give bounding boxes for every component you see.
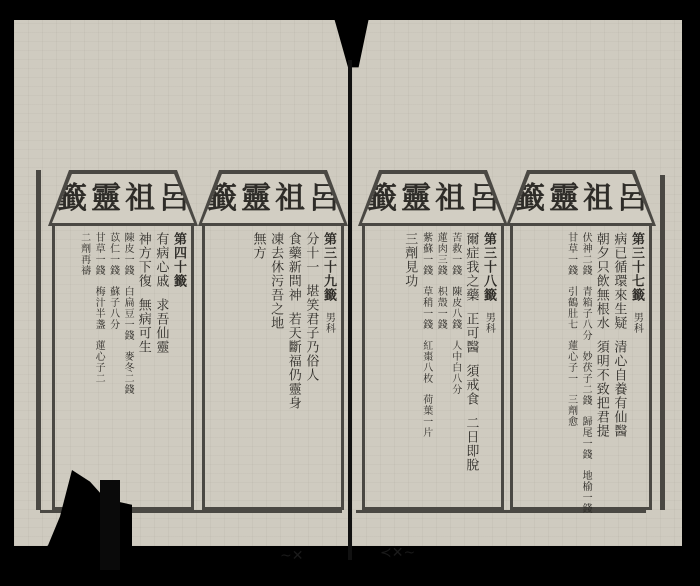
verse-line: 求吾仙靈 [154, 298, 168, 354]
verse-line: 分十一 [304, 232, 318, 274]
prescription-item: 蓮心子一 [565, 340, 576, 384]
category-label: 男科 [323, 312, 334, 334]
title-char: 靈 [241, 184, 271, 214]
prescription-item: 苦救一錢 [449, 232, 460, 276]
slip-number: 第四十籤 [171, 232, 185, 288]
slip-number: 第三十九籤 [321, 232, 335, 302]
verse-line: 若天斷福仍靈身 [286, 312, 300, 410]
verse-line: 凍去休污吾之地 [268, 232, 282, 330]
title-char: 祖 [125, 184, 155, 214]
slip-title: 呂 祖 靈 籤 [52, 174, 194, 223]
prescription-note: 三劑見功 [403, 232, 417, 288]
prescription-item: 紫蘇一錢 [420, 232, 431, 276]
left-margin-rule [36, 170, 41, 510]
prescription-item: 草稍一錢 [420, 286, 431, 330]
slip-body: 第三十七籤男科 病已循環來生疑清心自養有仙醫 朝夕只飲無根水須明不致把君提 伏神… [510, 226, 652, 510]
slip-title: 呂 祖 靈 籤 [510, 174, 652, 223]
slip-body: 第四十籤 有病心戚求吾仙靈 神方下復無病可生 陳皮一錢白扁豆一錢麥冬二錢 苡仁一… [52, 226, 194, 510]
prescription-item: 陳皮八錢 [449, 286, 460, 330]
verse-line: 二日即脫 [464, 416, 478, 472]
prescription-item: 伏神二錢 [580, 232, 591, 276]
verse-line: 堪笑君子乃俗人 [304, 284, 318, 382]
verse-line: 食藥新問神 [286, 232, 300, 302]
prescription-item: 妙茯子二錢 [580, 351, 591, 406]
verse-line: 神方下復 [136, 232, 150, 288]
prescription-item: 人中白八分 [449, 340, 460, 395]
prescription-item: 白扁豆一錢 [122, 286, 133, 341]
prescription-item: 陳皮一錢 [122, 232, 133, 276]
verse-line: 須明不致把君提 [594, 340, 608, 438]
prescription-item: 甘草一錢 [565, 232, 576, 276]
slip-title: 呂 祖 靈 籤 [362, 174, 504, 223]
verse-line: 爾症我之藥 [464, 232, 478, 302]
verse-line: 須戒食 [464, 364, 478, 406]
verse-line: 清心自養有仙醫 [612, 340, 626, 438]
verse-line: 無病可生 [136, 298, 150, 354]
prescription-item: 蘇子八分 [107, 286, 118, 330]
book-gutter [348, 60, 352, 560]
title-char: 靈 [549, 184, 579, 214]
title-char: 靈 [91, 184, 121, 214]
slip-body: 第三十九籤男科 分十一堪笑君子乃俗人 食藥新問神若天斷福仍靈身 凍去休污吾之地 … [202, 226, 344, 510]
prescription-item: 蓮肉三錢 [435, 232, 446, 276]
prescription-item: 梅汁半盞 [93, 286, 104, 330]
slip-body: 第三十八籤男科 爾症我之藥正可醫須戒食二日即脫 苦救一錢陳皮八錢人中白八分 蓮肉… [362, 226, 504, 510]
prescription-item: 引鶴肚七 [565, 286, 576, 330]
ink-mark: ≺✕~ [380, 545, 415, 561]
category-label: 男科 [483, 312, 494, 334]
prescription-item: 枳殼一錢 [435, 286, 446, 330]
prescription-item: 二劑再禱 [78, 232, 89, 276]
verse-line: 朝夕只飲無根水 [594, 232, 608, 330]
verse-line: 病已循環來生疑 [612, 232, 626, 330]
slip-37: 呂 祖 靈 籤 第三十七籤男科 病已循環來生疑清心自養有仙醫 朝夕只飲無根水須明… [506, 170, 656, 510]
slip-title: 呂 祖 靈 籤 [202, 174, 344, 223]
slip-38: 呂 祖 靈 籤 第三十八籤男科 爾症我之藥正可醫須戒食二日即脫 苦救一錢陳皮八錢… [358, 170, 508, 510]
slip-number: 第三十七籤 [629, 232, 643, 302]
prescription-item: 蓮心子二 [93, 340, 104, 384]
title-char: 祖 [435, 184, 465, 214]
right-base-rule [356, 510, 646, 513]
title-char: 靈 [401, 184, 431, 214]
prescription-item: 青箱子八分 [580, 286, 591, 341]
category-label: 男科 [631, 312, 642, 334]
prescription-item: 三劑愈 [565, 394, 576, 427]
title-char: 祖 [583, 184, 613, 214]
right-margin-rule [660, 175, 665, 510]
verse-line: 正可醫 [464, 312, 478, 354]
verse-line: 無方 [251, 232, 265, 260]
prescription-item: 紅棗八枚 [420, 340, 431, 384]
title-char: 祖 [275, 184, 305, 214]
prescription-item: 苡仁一錢 [107, 232, 118, 276]
prescription-item: 甘草一錢 [93, 232, 104, 276]
prescription-item: 荷葉一片 [420, 394, 431, 438]
prescription-item: 地榆一錢 [580, 470, 591, 514]
prescription-item: 歸尾一錢 [580, 416, 591, 460]
slip-40: 呂 祖 靈 籤 第四十籤 有病心戚求吾仙靈 神方下復無病可生 陳皮一錢白扁豆一錢… [48, 170, 198, 510]
ink-mark: ~✕ [280, 548, 303, 564]
verse-line: 有病心戚 [154, 232, 168, 288]
torn-edge [100, 480, 120, 570]
slip-39: 呂 祖 靈 籤 第三十九籤男科 分十一堪笑君子乃俗人 食藥新問神若天斷福仍靈身 … [198, 170, 348, 510]
slip-number: 第三十八籤 [481, 232, 495, 302]
prescription-item: 麥冬二錢 [122, 351, 133, 395]
